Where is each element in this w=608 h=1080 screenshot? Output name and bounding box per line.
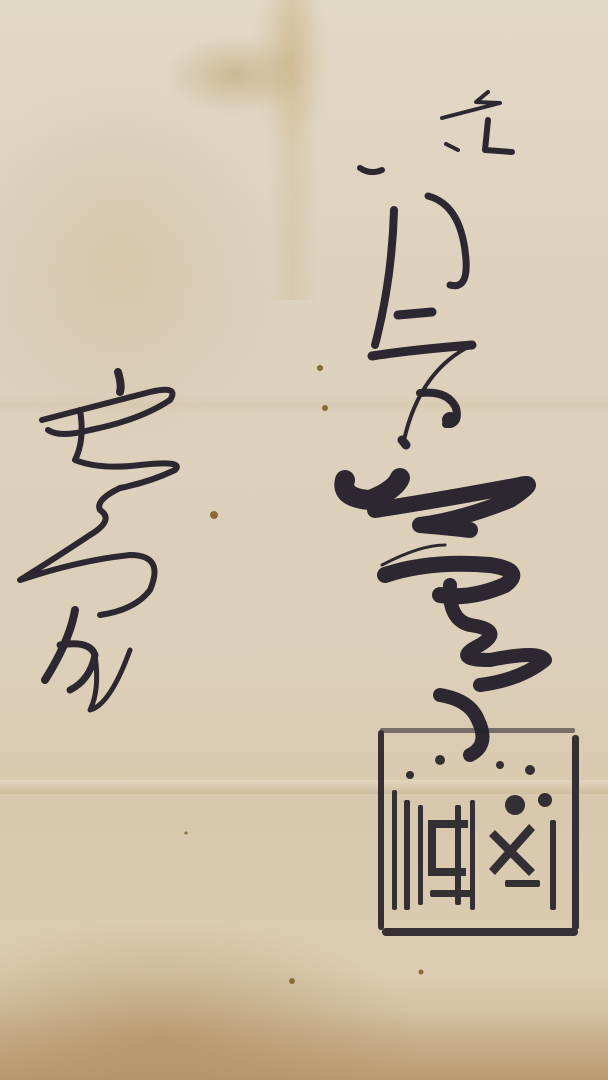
calligraphy-photo: …川上石 山峯 安之力 Square seal stamp beneath ma… (0, 0, 608, 1080)
paper-specks (0, 0, 608, 1080)
